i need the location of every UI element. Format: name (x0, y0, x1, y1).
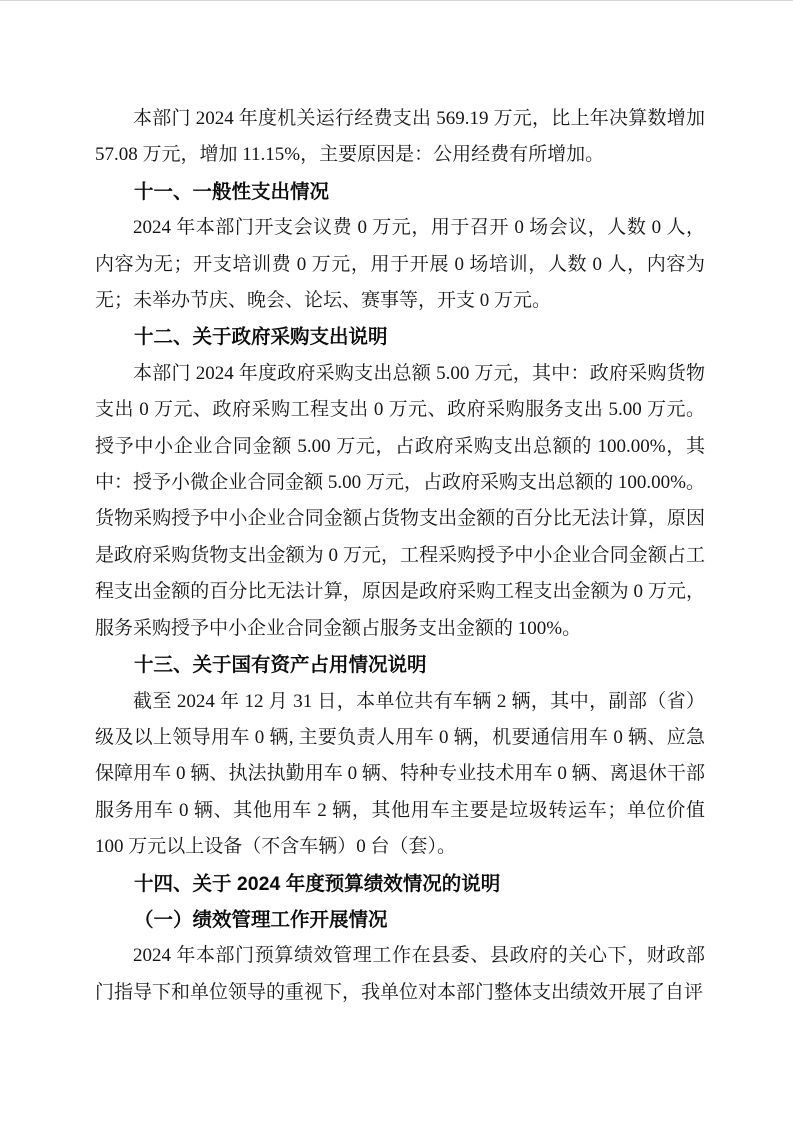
heading-section-11-general-expenditure: 十一、一般性支出情况 (95, 174, 705, 210)
document-page: 本部门 2024 年度机关运行经费支出 569.19 万元，比上年决算数增加 5… (0, 0, 793, 1122)
paragraph-state-assets-detail: 截至 2024 年 12 月 31 日，本单位共有车辆 2 辆，其中，副部（省）… (95, 684, 705, 866)
paragraph-general-expenditure-detail: 2024 年本部门开支会议费 0 万元，用于召开 0 场会议，人数 0 人，内容… (95, 210, 705, 319)
paragraph-gov-procurement-detail: 本部门 2024 年度政府采购支出总额 5.00 万元，其中：政府采购货物支出 … (95, 356, 705, 647)
paragraph-performance-management-intro: 2024 年本部门预算绩效管理工作在县委、县政府的关心下，财政部门指导下和单位领… (95, 938, 705, 1011)
heading-section-12-gov-procurement: 十二、关于政府采购支出说明 (95, 319, 705, 355)
heading-section-14-budget-performance: 十四、关于 2024 年度预算绩效情况的说明 (95, 866, 705, 902)
document-body: 本部门 2024 年度机关运行经费支出 569.19 万元，比上年决算数增加 5… (95, 101, 705, 1011)
heading-section-13-state-assets: 十三、关于国有资产占用情况说明 (95, 647, 705, 683)
paragraph-machine-running-expense: 本部门 2024 年度机关运行经费支出 569.19 万元，比上年决算数增加 5… (95, 101, 705, 174)
subheading-performance-management-work: （一）绩效管理工作开展情况 (95, 902, 705, 938)
